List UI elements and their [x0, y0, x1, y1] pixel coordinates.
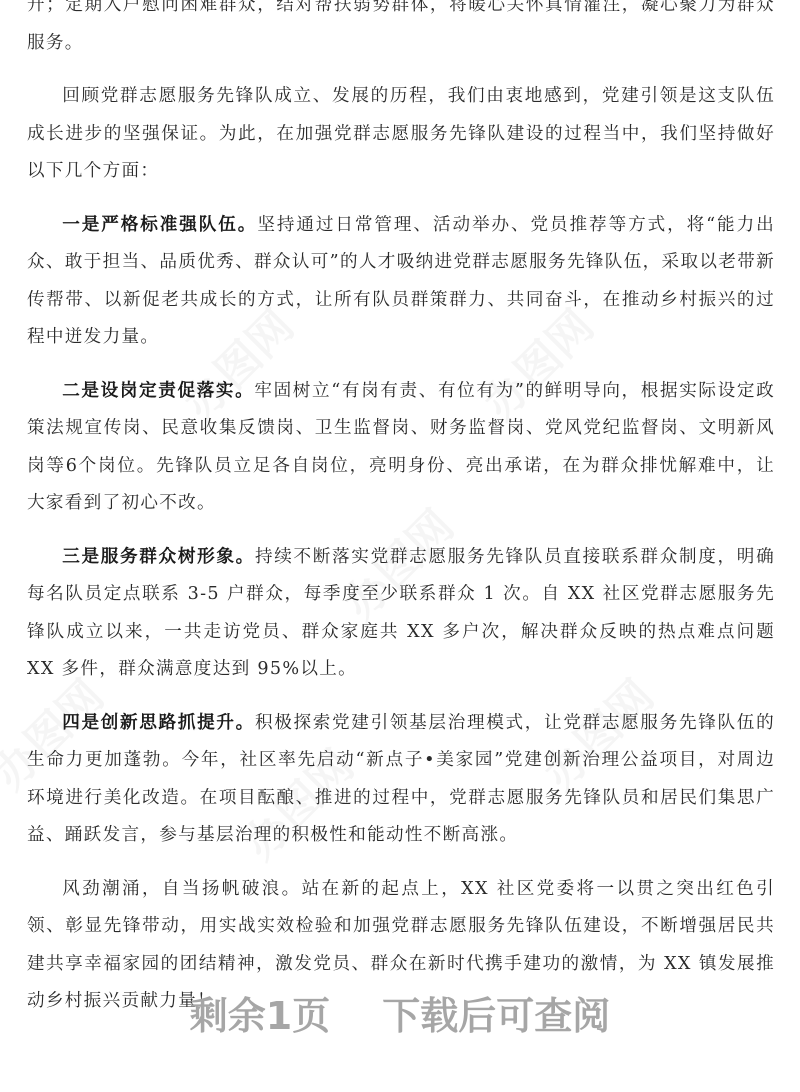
- paragraph-continued: 升；定期入户慰问困难群众，结对帮扶弱势群体，将暖心关怀真情灌注，凝心聚力为群众服…: [27, 0, 775, 62]
- document-page: 办图网 办图网 办图网 办图网 办图网 办图网 升；定期入户慰问困难群众，结对帮…: [0, 0, 800, 1092]
- paragraph-lead: 二是设岗定责促落实。: [62, 380, 254, 401]
- document-body: 升；定期入户慰问困难群众，结对帮扶弱势群体，将暖心关怀真情灌注，凝心聚力为群众服…: [27, 0, 775, 1036]
- paragraph-lead: 一是严格标准强队伍。: [62, 214, 257, 235]
- paragraph-text: 升；定期入户慰问困难群众，结对帮扶弱势群体，将暖心关怀真情灌注，凝心聚力为群众服…: [27, 0, 775, 53]
- paragraph-point-4: 四是创新思路抓提升。积极探索党建引领基层治理模式，让党群志愿服务先锋队伍的生命力…: [27, 704, 775, 855]
- paragraph-lead: 三是服务群众树形象。: [62, 546, 255, 567]
- paragraph-point-1: 一是严格标准强队伍。坚持通过日常管理、活动举办、党员推荐等方式，将“能力出众、敢…: [27, 206, 775, 357]
- paragraph-lead: 四是创新思路抓提升。: [62, 712, 255, 733]
- paragraph-review: 回顾党群志愿服务先锋队成立、发展的历程，我们由衷地感到，党建引领是这支队伍成长进…: [27, 77, 775, 191]
- download-to-view-text: 下载后可查阅: [382, 994, 610, 1038]
- paragraph-text: 回顾党群志愿服务先锋队成立、发展的历程，我们由衷地感到，党建引领是这支队伍成长进…: [27, 86, 775, 181]
- paragraph-point-2: 二是设岗定责促落实。牢固树立“有岗有责、有位有为”的鲜明导向，根据实际设定政策法…: [27, 372, 775, 523]
- remaining-pages-text: 剩余1页: [190, 994, 330, 1038]
- remaining-pages-banner[interactable]: 剩余1页下载后可查阅: [0, 985, 800, 1040]
- paragraph-point-3: 三是服务群众树形象。持续不断落实党群志愿服务先锋队员直接联系群众制度，明确每名队…: [27, 538, 775, 689]
